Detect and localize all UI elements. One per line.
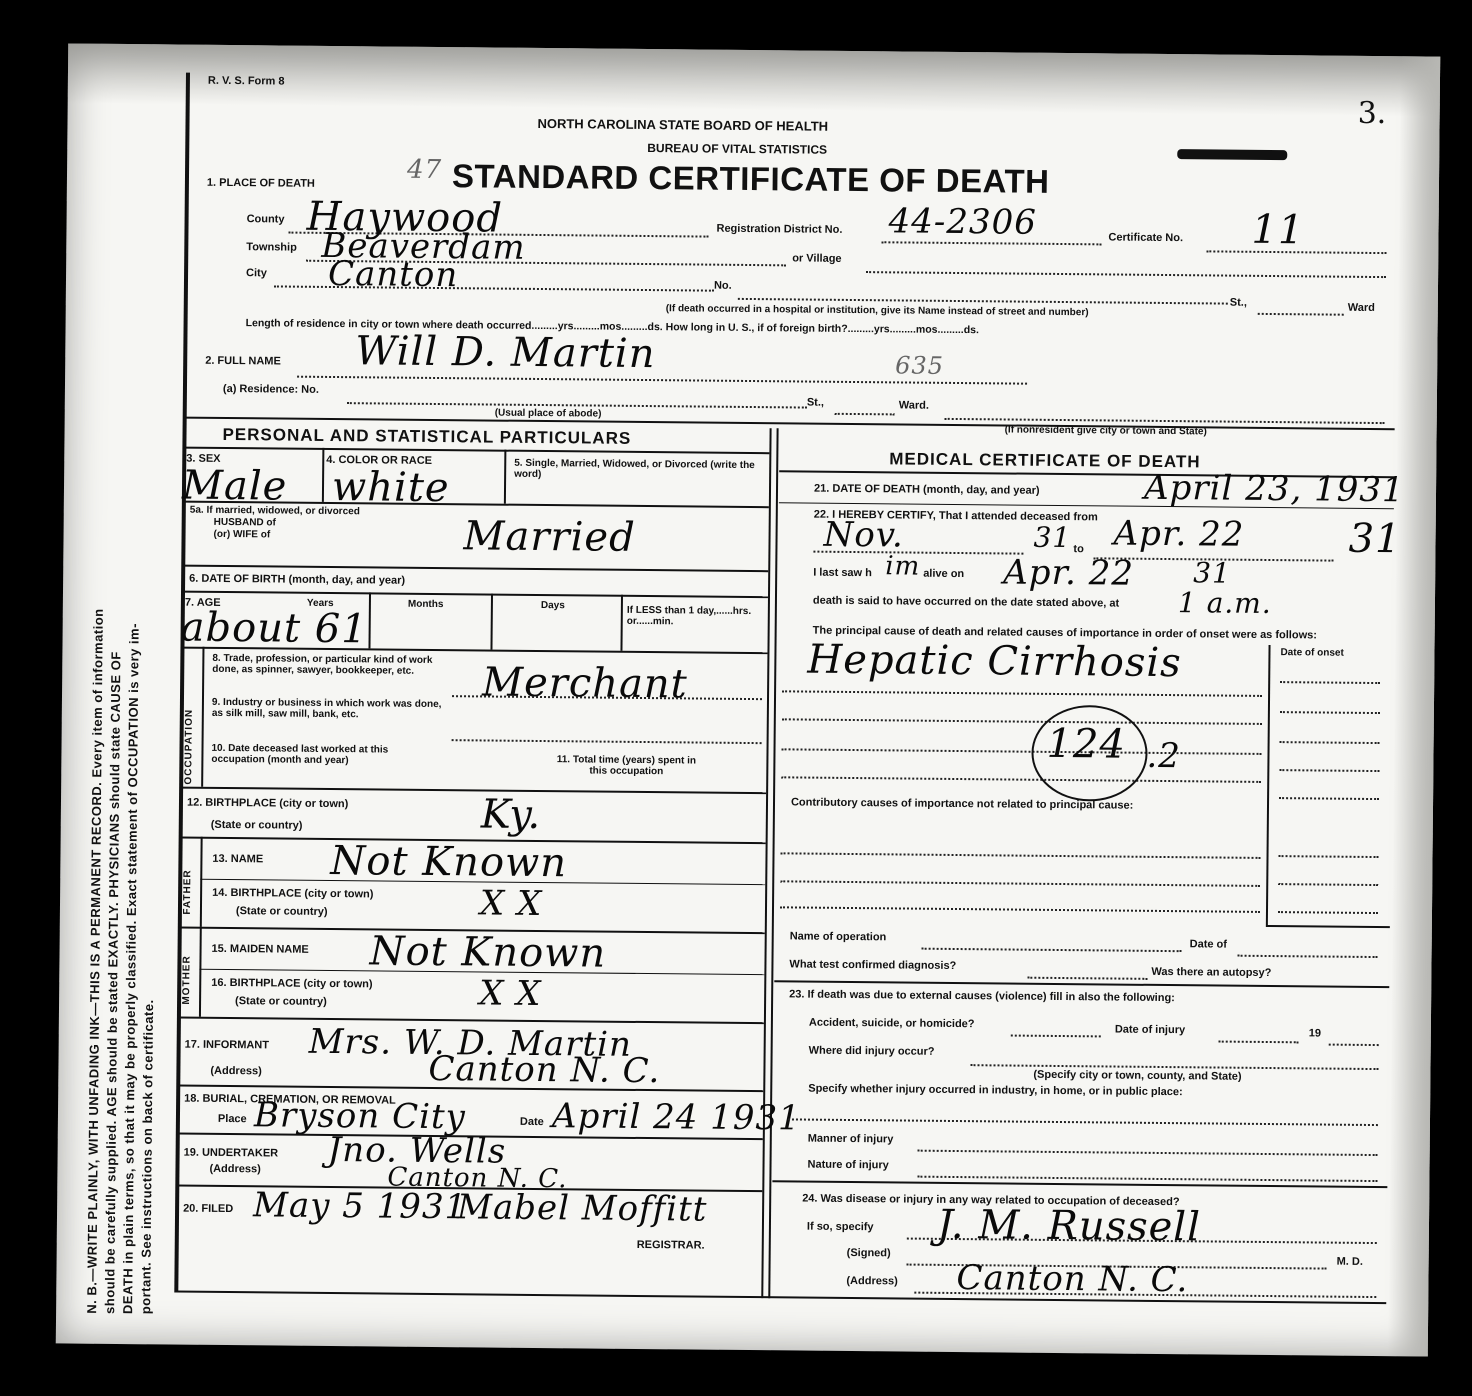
alive-on-label: alive on bbox=[923, 568, 964, 580]
birthplace-state-label: (State or country) bbox=[211, 819, 303, 832]
form-code: R. V. S. Form 8 bbox=[208, 75, 285, 88]
spouse-label: 5a. If married, widowed, or divorced bbox=[190, 505, 360, 518]
registration-district-label: Registration District No. bbox=[716, 223, 842, 236]
attended-to-value: Apr. 22 bbox=[1113, 514, 1244, 555]
residence-street-label: St., bbox=[807, 397, 824, 409]
physician-signature: J. M. Russell bbox=[937, 1202, 1201, 1251]
signed-label: (Signed) bbox=[847, 1247, 891, 1259]
father-birthplace-state-label: (State or country) bbox=[236, 905, 328, 918]
external-causes-label: 23. If death was due to external causes … bbox=[789, 988, 1379, 1006]
burial-date-value: April 24 1931 bbox=[552, 1096, 801, 1138]
physician-address-value: Canton N. C. bbox=[956, 1258, 1188, 1300]
specify-place-note: (Specify city or town, county, and State… bbox=[1033, 1069, 1241, 1083]
if-so-specify-label: If so, specify bbox=[807, 1221, 874, 1234]
last-saw-label: I last saw h bbox=[813, 567, 872, 580]
mother-birthplace-value: X X bbox=[479, 973, 542, 1014]
redacted-stamp bbox=[1177, 149, 1287, 160]
full-name-label: 2. FULL NAME bbox=[205, 355, 281, 368]
nature-of-injury-label: Nature of injury bbox=[807, 1159, 888, 1172]
last-worked-label: 10. Date deceased last worked at this oc… bbox=[211, 743, 421, 767]
full-name-value: Will D. Martin bbox=[355, 328, 656, 377]
burial-place-label: Place bbox=[218, 1113, 247, 1125]
birthplace-label: 12. BIRTHPLACE (city or town) bbox=[187, 797, 348, 811]
death-certificate-page: N. B.—WRITE PLAINLY, WITH UNFADING INK—T… bbox=[56, 43, 1440, 1356]
registrar-signature: Mabel Moffitt bbox=[457, 1187, 708, 1229]
trade-value: Merchant bbox=[482, 659, 688, 707]
trade-label: 8. Trade, profession, or particular kind… bbox=[212, 653, 452, 677]
less-than-day-label: If LESS than 1 day,......hrs. or......mi… bbox=[627, 605, 767, 628]
wife-label: (or) WIFE of bbox=[214, 529, 271, 541]
hospital-note: (If death occurred in a hospital or inst… bbox=[666, 303, 1089, 318]
county-label: County bbox=[247, 213, 285, 225]
marital-label: 5. Single, Married, Widowed, or Divorced… bbox=[514, 458, 764, 482]
date-of-death-value: April 23, 1931 bbox=[1144, 468, 1405, 510]
place-of-death-label: 1. PLACE OF DEATH bbox=[207, 177, 315, 190]
certificate-number-label: Certificate No. bbox=[1108, 231, 1183, 244]
father-side-label: FATHER bbox=[182, 845, 194, 915]
ward-label: Ward bbox=[1348, 302, 1375, 314]
filed-date-value: May 5 1931 bbox=[253, 1185, 467, 1227]
attended-from-year: 31 bbox=[1033, 521, 1071, 554]
autopsy-label: Was there an autopsy? bbox=[1151, 966, 1271, 979]
birthplace-value: Ky. bbox=[481, 791, 542, 838]
physician-address-label: (Address) bbox=[846, 1275, 897, 1287]
injury-year-label: 19 bbox=[1309, 1027, 1321, 1039]
father-name-value: Not Known bbox=[330, 838, 567, 886]
township-label: Township bbox=[246, 241, 297, 253]
mother-name-value: Not Known bbox=[369, 928, 606, 976]
cause-of-death-value: Hepatic Cirrhosis bbox=[807, 637, 1182, 687]
attended-from-value: Nov. bbox=[823, 515, 904, 556]
industry-label: 9. Industry or business in which work wa… bbox=[212, 697, 452, 721]
scan-edge-shadow-right bbox=[1388, 56, 1440, 1356]
street-number-label: No. bbox=[714, 280, 732, 292]
pencil-number: 47 bbox=[407, 155, 442, 185]
cause-code-suffix: .2 bbox=[1146, 736, 1181, 776]
corner-mark: 3. bbox=[1357, 96, 1386, 131]
date-of-onset-label: Date of onset bbox=[1280, 647, 1343, 659]
agency-name: NORTH CAROLINA STATE BOARD OF HEALTH bbox=[537, 116, 828, 134]
street-label: St., bbox=[1230, 297, 1247, 309]
city-value: Canton bbox=[328, 254, 459, 295]
father-name-label: 13. NAME bbox=[212, 853, 263, 865]
residence-ward-label: Ward. bbox=[899, 399, 929, 411]
certificate-title: STANDARD CERTIFICATE OF DEATH bbox=[452, 157, 1050, 201]
husband-label: HUSBAND of bbox=[214, 517, 276, 529]
where-injury-label: Where did injury occur? bbox=[809, 1045, 935, 1058]
test-label: What test confirmed diagnosis? bbox=[789, 958, 956, 972]
last-saw-him: im bbox=[885, 551, 920, 581]
burial-date-label: Date bbox=[520, 1116, 544, 1128]
contributory-causes-label: Contributory causes of importance not re… bbox=[791, 796, 1241, 812]
last-seen-year: 31 bbox=[1193, 556, 1231, 589]
registrar-label: REGISTRAR. bbox=[637, 1239, 705, 1252]
father-birthplace-value: X X bbox=[480, 883, 543, 924]
cause-code-value: 124 bbox=[1046, 721, 1126, 768]
injury-date-label: Date of injury bbox=[1115, 1024, 1185, 1037]
village-label: or Village bbox=[792, 252, 841, 264]
dob-label: 6. DATE OF BIRTH (month, day, and year) bbox=[189, 573, 405, 587]
undertaker-address-label: (Address) bbox=[209, 1163, 260, 1175]
occupation-side-label: OCCUPATION bbox=[183, 655, 195, 785]
certificate-number-value: 11 bbox=[1251, 207, 1304, 254]
informant-label: 17. INFORMANT bbox=[185, 1039, 269, 1052]
filed-label: 20. FILED bbox=[183, 1203, 233, 1215]
informant-address-value: Canton N. C. bbox=[428, 1049, 660, 1091]
date-of-death-label: 21. DATE OF DEATH (month, day, and year) bbox=[814, 483, 1040, 497]
death-said-label: death is said to have occurred on the da… bbox=[813, 595, 1373, 612]
undertaker-label: 19. UNDERTAKER bbox=[184, 1147, 279, 1160]
mother-birthplace-label: 16. BIRTHPLACE (city or town) bbox=[211, 977, 372, 991]
months-label: Months bbox=[408, 599, 444, 610]
marital-status-value: Married bbox=[463, 513, 636, 561]
age-value: about 61 bbox=[180, 605, 367, 653]
total-time-label: 11. Total time (years) spent in this occ… bbox=[551, 754, 701, 777]
pencil-note: 635 bbox=[895, 351, 944, 379]
mother-birthplace-state-label: (State or country) bbox=[235, 995, 327, 1008]
informant-address-label: (Address) bbox=[210, 1065, 261, 1077]
registration-district-value: 44-2306 bbox=[888, 201, 1037, 242]
last-seen-value: Apr. 22 bbox=[1003, 552, 1134, 593]
margin-instructions: N. B.—WRITE PLAINLY, WITH UNFADING INK—T… bbox=[56, 43, 178, 1344]
days-label: Days bbox=[541, 600, 565, 611]
accident-label: Accident, suicide, or homicide? bbox=[809, 1017, 975, 1031]
manner-of-injury-label: Manner of injury bbox=[808, 1133, 894, 1146]
mother-side-label: MOTHER bbox=[181, 935, 193, 1005]
operation-date-label: Date of bbox=[1190, 938, 1227, 950]
bureau-name: BUREAU OF VITAL STATISTICS bbox=[647, 141, 827, 157]
md-label: M. D. bbox=[1337, 1256, 1363, 1268]
city-label: City bbox=[246, 267, 267, 279]
operation-label: Name of operation bbox=[790, 930, 887, 943]
attended-to-year: 31 bbox=[1348, 516, 1401, 563]
personal-section-title: PERSONAL AND STATISTICAL PARTICULARS bbox=[222, 425, 631, 449]
industry-injury-label: Specify whether injury occurred in indus… bbox=[808, 1083, 1378, 1100]
usual-abode-note: (Usual place of abode) bbox=[495, 408, 602, 420]
mother-name-label: 15. MAIDEN NAME bbox=[212, 943, 309, 956]
father-birthplace-label: 14. BIRTHPLACE (city or town) bbox=[212, 887, 373, 901]
residence-label: (a) Residence: No. bbox=[223, 383, 319, 396]
time-of-death-value: 1 a.m. bbox=[1178, 586, 1272, 620]
